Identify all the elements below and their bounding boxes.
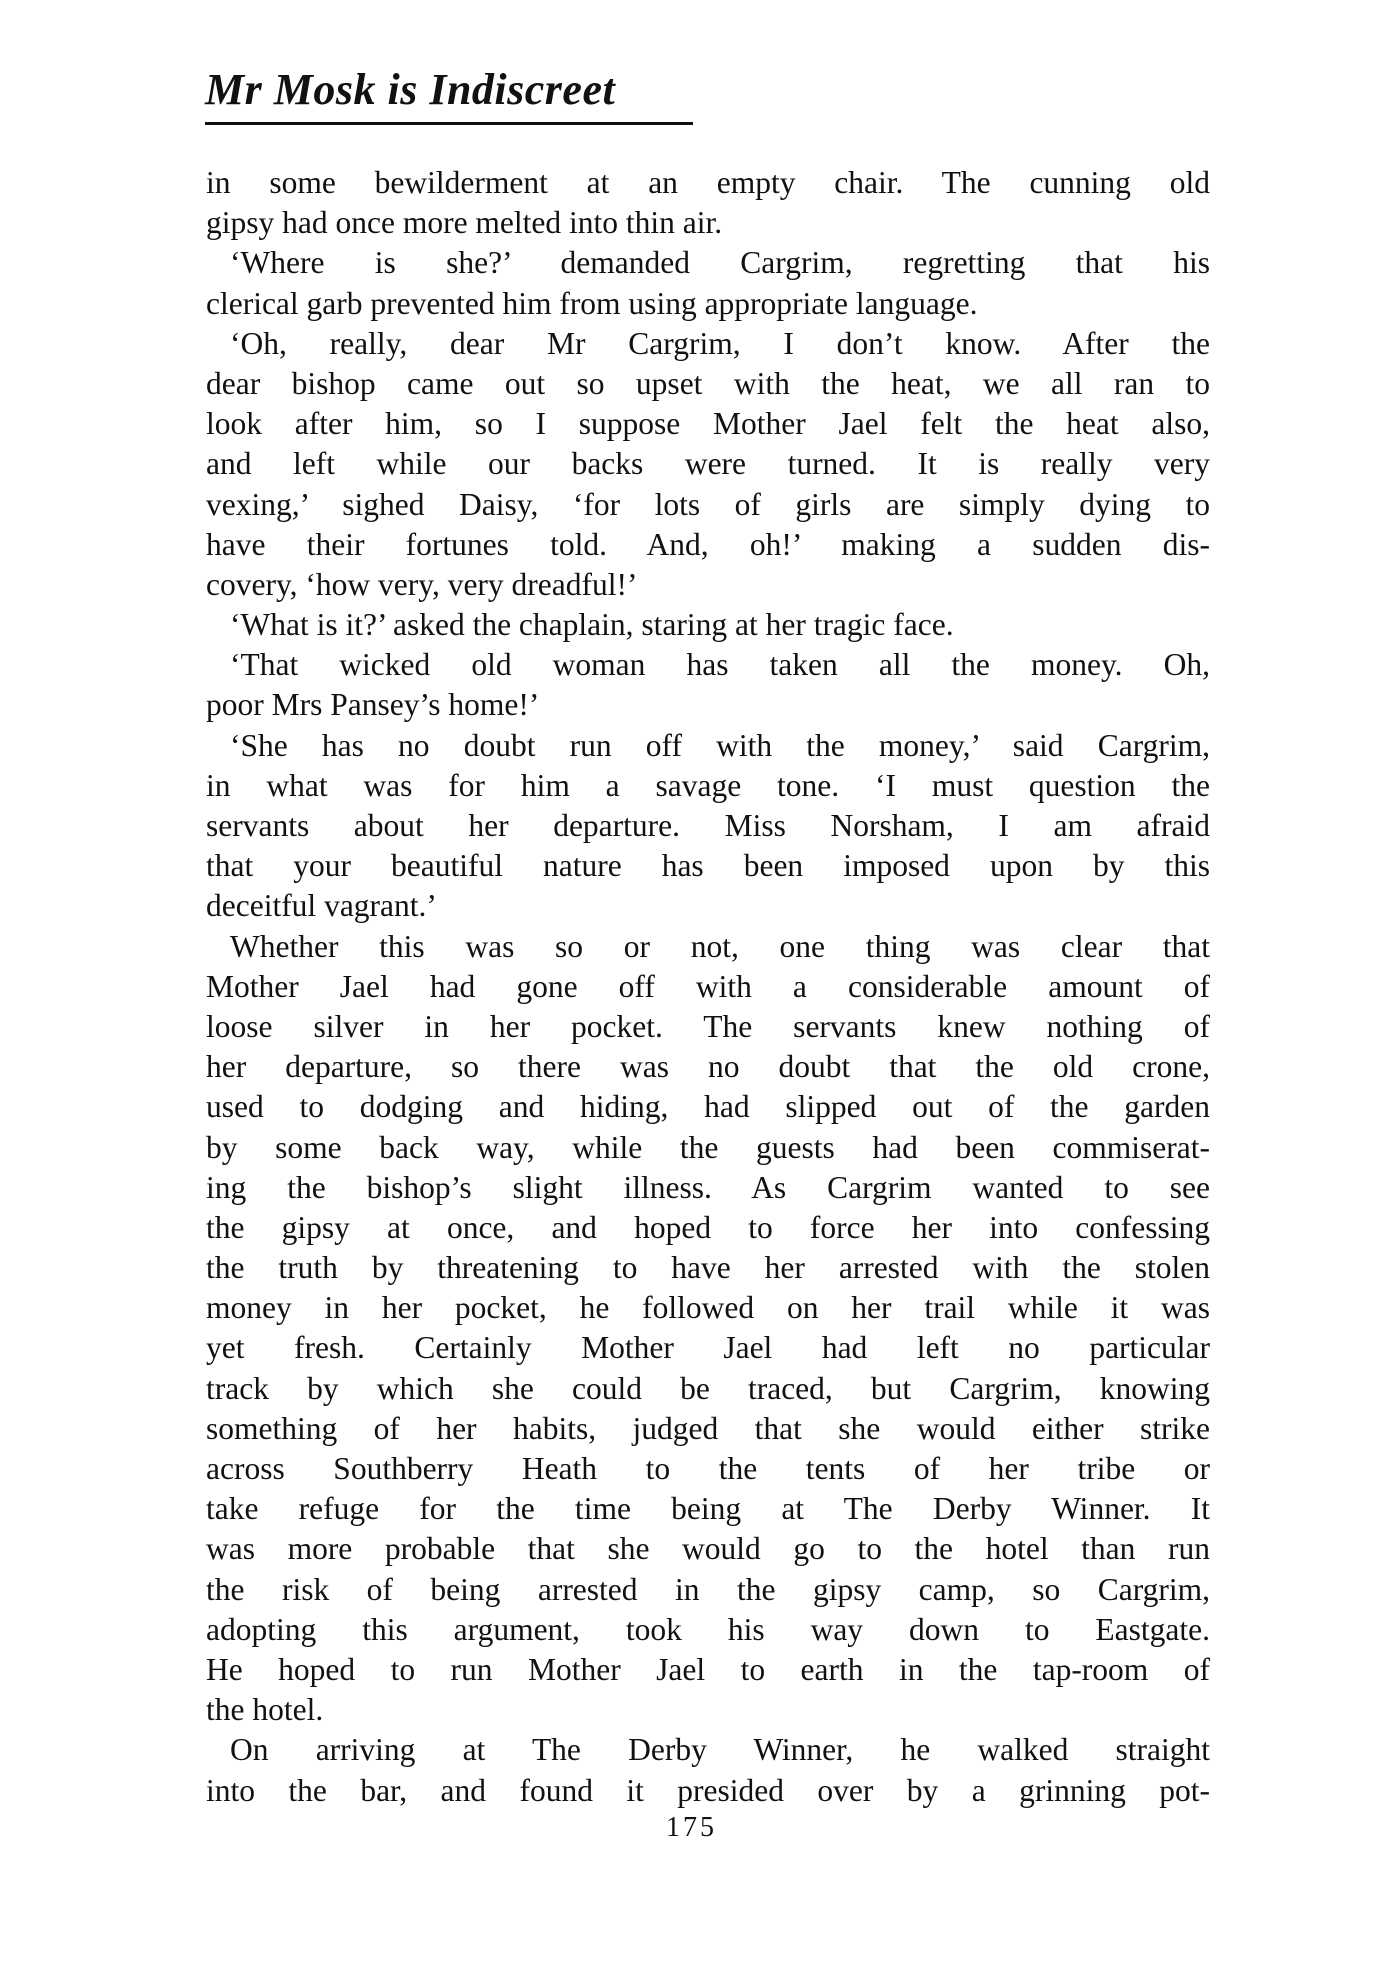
text-line: have their fortunes told. And, oh!’ maki…: [206, 525, 1210, 565]
text-line: covery, ‘how very, very dreadful!’: [206, 565, 1210, 605]
text-line: was more probable that she would go to t…: [206, 1529, 1210, 1569]
text-line: ‘Oh, really, dear Mr Cargrim, I don’t kn…: [206, 324, 1210, 364]
text-line: yet fresh. Certainly Mother Jael had lef…: [206, 1328, 1210, 1368]
running-title: Mr Mosk is Indiscreet: [205, 62, 695, 118]
text-line: vexing,’ sighed Daisy, ‘for lots of girl…: [206, 485, 1210, 525]
text-line: servants about her departure. Miss Norsh…: [206, 806, 1210, 846]
text-line: look after him, so I suppose Mother Jael…: [206, 404, 1210, 444]
text-line: ‘What is it?’ asked the chaplain, starin…: [206, 605, 1210, 645]
text-line: that your beautiful nature has been impo…: [206, 846, 1210, 886]
text-line: something of her habits, judged that she…: [206, 1409, 1210, 1449]
text-line: track by which she could be traced, but …: [206, 1369, 1210, 1409]
text-line: ‘Where is she?’ demanded Cargrim, regret…: [206, 243, 1210, 283]
text-line: poor Mrs Pansey’s home!’: [206, 685, 1210, 725]
header-rule: [205, 122, 693, 125]
text-line: the truth by threatening to have her arr…: [206, 1248, 1210, 1288]
text-line: On arriving at The Derby Winner, he walk…: [206, 1730, 1210, 1770]
page-header: Mr Mosk is Indiscreet: [205, 62, 695, 125]
page-number: 175: [0, 1812, 1383, 1844]
text-line: the hotel.: [206, 1690, 1210, 1730]
text-line: into the bar, and found it presided over…: [206, 1771, 1210, 1811]
body-text: in some bewilderment at an empty chair. …: [206, 163, 1210, 1811]
text-line: ‘That wicked old woman has taken all the…: [206, 645, 1210, 685]
text-line: by some back way, while the guests had b…: [206, 1128, 1210, 1168]
text-line: the risk of being arrested in the gipsy …: [206, 1570, 1210, 1610]
text-line: gipsy had once more melted into thin air…: [206, 203, 1210, 243]
text-line: clerical garb prevented him from using a…: [206, 284, 1210, 324]
text-line: money in her pocket, he followed on her …: [206, 1288, 1210, 1328]
text-line: ‘She has no doubt run off with the money…: [206, 726, 1210, 766]
text-line: dear bishop came out so upset with the h…: [206, 364, 1210, 404]
text-line: Mother Jael had gone off with a consider…: [206, 967, 1210, 1007]
text-line: in some bewilderment at an empty chair. …: [206, 163, 1210, 203]
text-line: the gipsy at once, and hoped to force he…: [206, 1208, 1210, 1248]
text-line: and left while our backs were turned. It…: [206, 444, 1210, 484]
text-line: Whether this was so or not, one thing wa…: [206, 927, 1210, 967]
text-line: adopting this argument, took his way dow…: [206, 1610, 1210, 1650]
text-line: her departure, so there was no doubt tha…: [206, 1047, 1210, 1087]
text-line: take refuge for the time being at The De…: [206, 1489, 1210, 1529]
text-line: deceitful vagrant.’: [206, 886, 1210, 926]
text-line: loose silver in her pocket. The servants…: [206, 1007, 1210, 1047]
text-line: across Southberry Heath to the tents of …: [206, 1449, 1210, 1489]
text-line: He hoped to run Mother Jael to earth in …: [206, 1650, 1210, 1690]
text-line: in what was for him a savage tone. ‘I mu…: [206, 766, 1210, 806]
text-line: used to dodging and hiding, had slipped …: [206, 1087, 1210, 1127]
text-line: ing the bishop’s slight illness. As Carg…: [206, 1168, 1210, 1208]
